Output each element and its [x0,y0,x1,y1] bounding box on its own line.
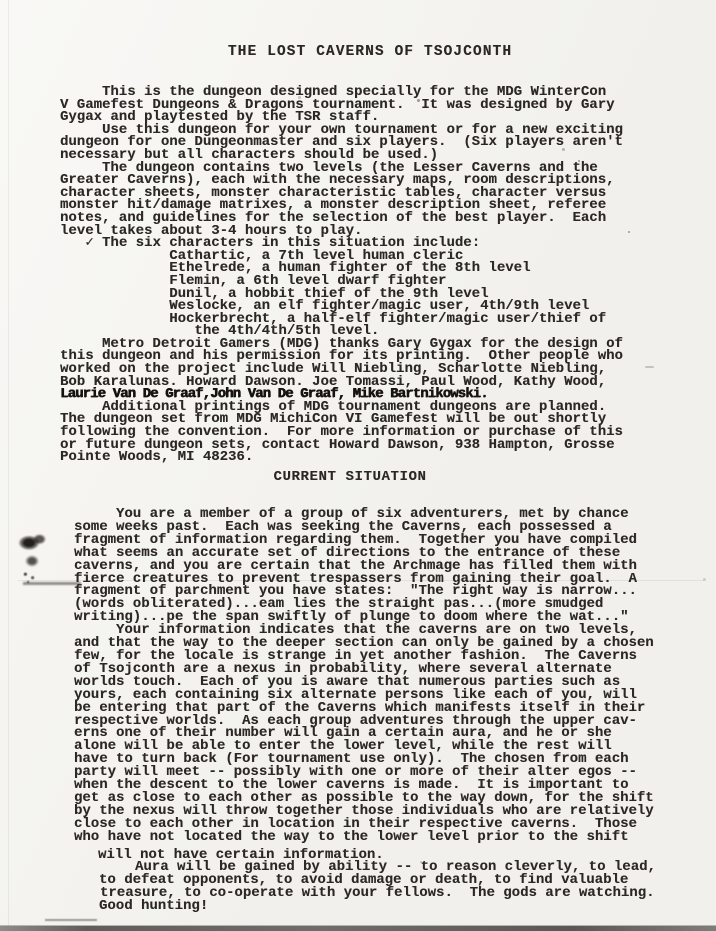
ink-smudge-blob [22,552,42,570]
paper-speck [703,578,706,581]
bottom-scan-edge [0,926,716,931]
document-title: THE LOST CAVERNS OF TSOJCONTH [12,44,716,60]
current-situation-section: You are a member of a group of six adven… [74,508,656,913]
paper-speck [578,160,580,162]
text-line: who have not located the way to the lowe… [74,831,656,844]
text-line: Good hunting! [99,900,656,913]
paper-left-edge-line [8,0,9,931]
paper-speck [628,231,630,233]
pencil-dash-mark [45,919,97,921]
paper-speck [645,366,654,368]
introduction-section: This is the dungeon designed specially f… [60,86,623,464]
scanned-page: { "colors": { "paper": "#f6f5f1", "ink":… [0,0,716,931]
text-line: Pointe Woods, MI 48236. [60,451,623,464]
ink-smudge-streak [23,582,81,585]
scan-crease-line [18,580,704,581]
ink-smudge [13,528,59,594]
paper-speck [417,99,420,102]
paper-speck [420,861,422,863]
section-heading-current-situation: CURRENT SITUATION [0,469,700,485]
paper-speck [562,148,565,151]
paper-speck [298,96,301,99]
